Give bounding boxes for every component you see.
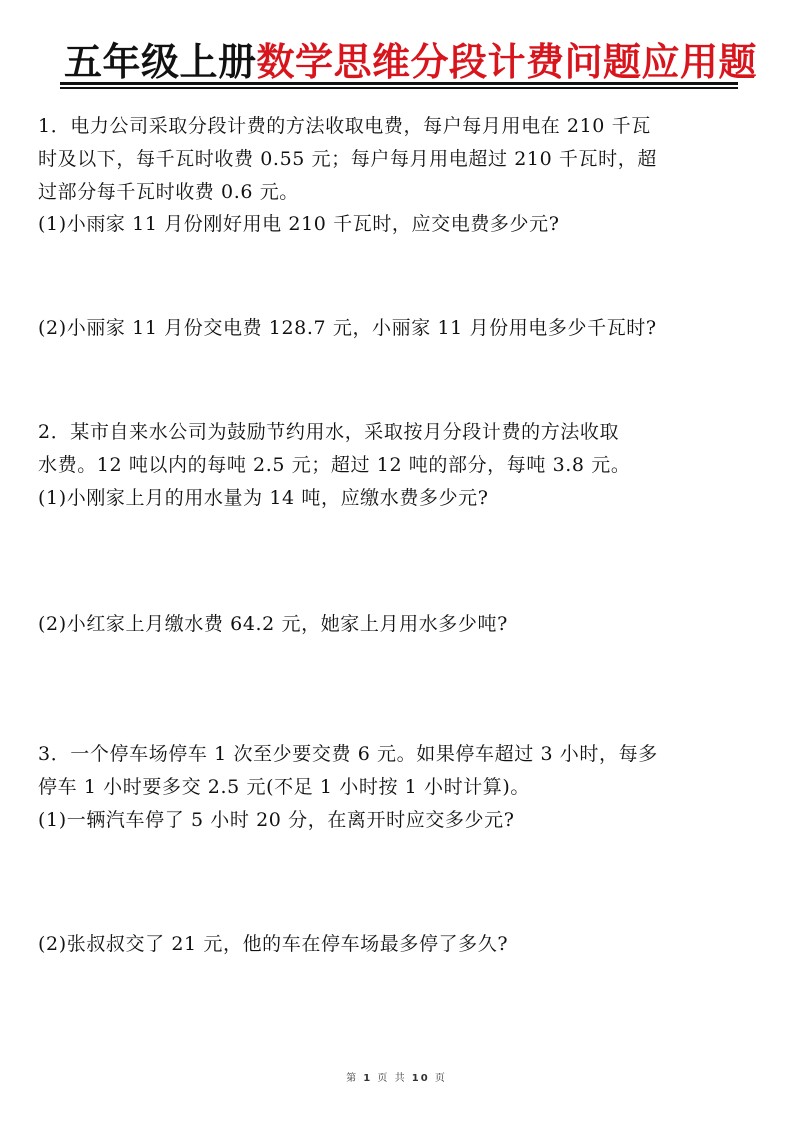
page-title: 五年级上册数学思维分段计费问题应用题 [64,40,757,84]
title-block: 五年级上册数学思维分段计费问题应用题 [60,40,738,92]
problem-2-question-2: (2)小红家上月缴水费 64.2 元，她家上月用水多少吨? [38,608,760,641]
problem-3-question-2: (2)张叔叔交了 21 元，他的车在停车场最多停了多久? [38,928,760,961]
title-topic: 数学思维分段计费问题应用题 [257,39,758,84]
title-underline-thick [60,82,738,85]
footer-page-number: 1 [363,1073,372,1084]
footer-prefix: 第 [346,1073,358,1084]
problem-2-stem-line-2: 水费。12 吨以内的每吨 2.5 元；超过 12 吨的部分，每吨 3.8 元。 [38,449,760,482]
problem-2-question-1: (1)小刚家上月的用水量为 14 吨，应缴水费多少元? [38,482,760,515]
footer-suffix: 页 [435,1073,447,1084]
problem-3-stem-line-1: 3．一个停车场停车 1 次至少要交费 6 元。如果停车超过 3 小时，每多 [38,738,760,771]
title-grade: 五年级上册 [64,39,257,84]
page-footer: 第 1 页 共 10 页 [0,1069,793,1084]
problem-3-question-1: (1)一辆汽车停了 5 小时 20 分，在离开时应交多少元? [38,804,760,837]
title-underline-thin [60,87,738,89]
problem-3-stem-line-2: 停车 1 小时要多交 2.5 元(不足 1 小时按 1 小时计算)。 [38,771,760,804]
problem-1-stem-line-3: 过部分每千瓦时收费 0.6 元。 [38,176,760,209]
footer-total-pages: 10 [412,1073,430,1084]
problem-1-stem-line-2: 时及以下，每千瓦时收费 0.55 元；每户每月用电超过 210 千瓦时，超 [38,143,760,176]
problem-1-stem-line-1: 1．电力公司采取分段计费的方法收取电费，每户每月用电在 210 千瓦 [38,110,760,143]
problem-2-stem-line-1: 2．某市自来水公司为鼓励节约用水，采取按月分段计费的方法收取 [38,416,760,449]
problem-1-question-2: (2)小丽家 11 月份交电费 128.7 元，小丽家 11 月份用电多少千瓦时… [38,312,760,345]
footer-middle: 页 共 [377,1073,406,1084]
problem-1-question-1: (1)小雨家 11 月份刚好用电 210 千瓦时，应交电费多少元? [38,208,760,241]
